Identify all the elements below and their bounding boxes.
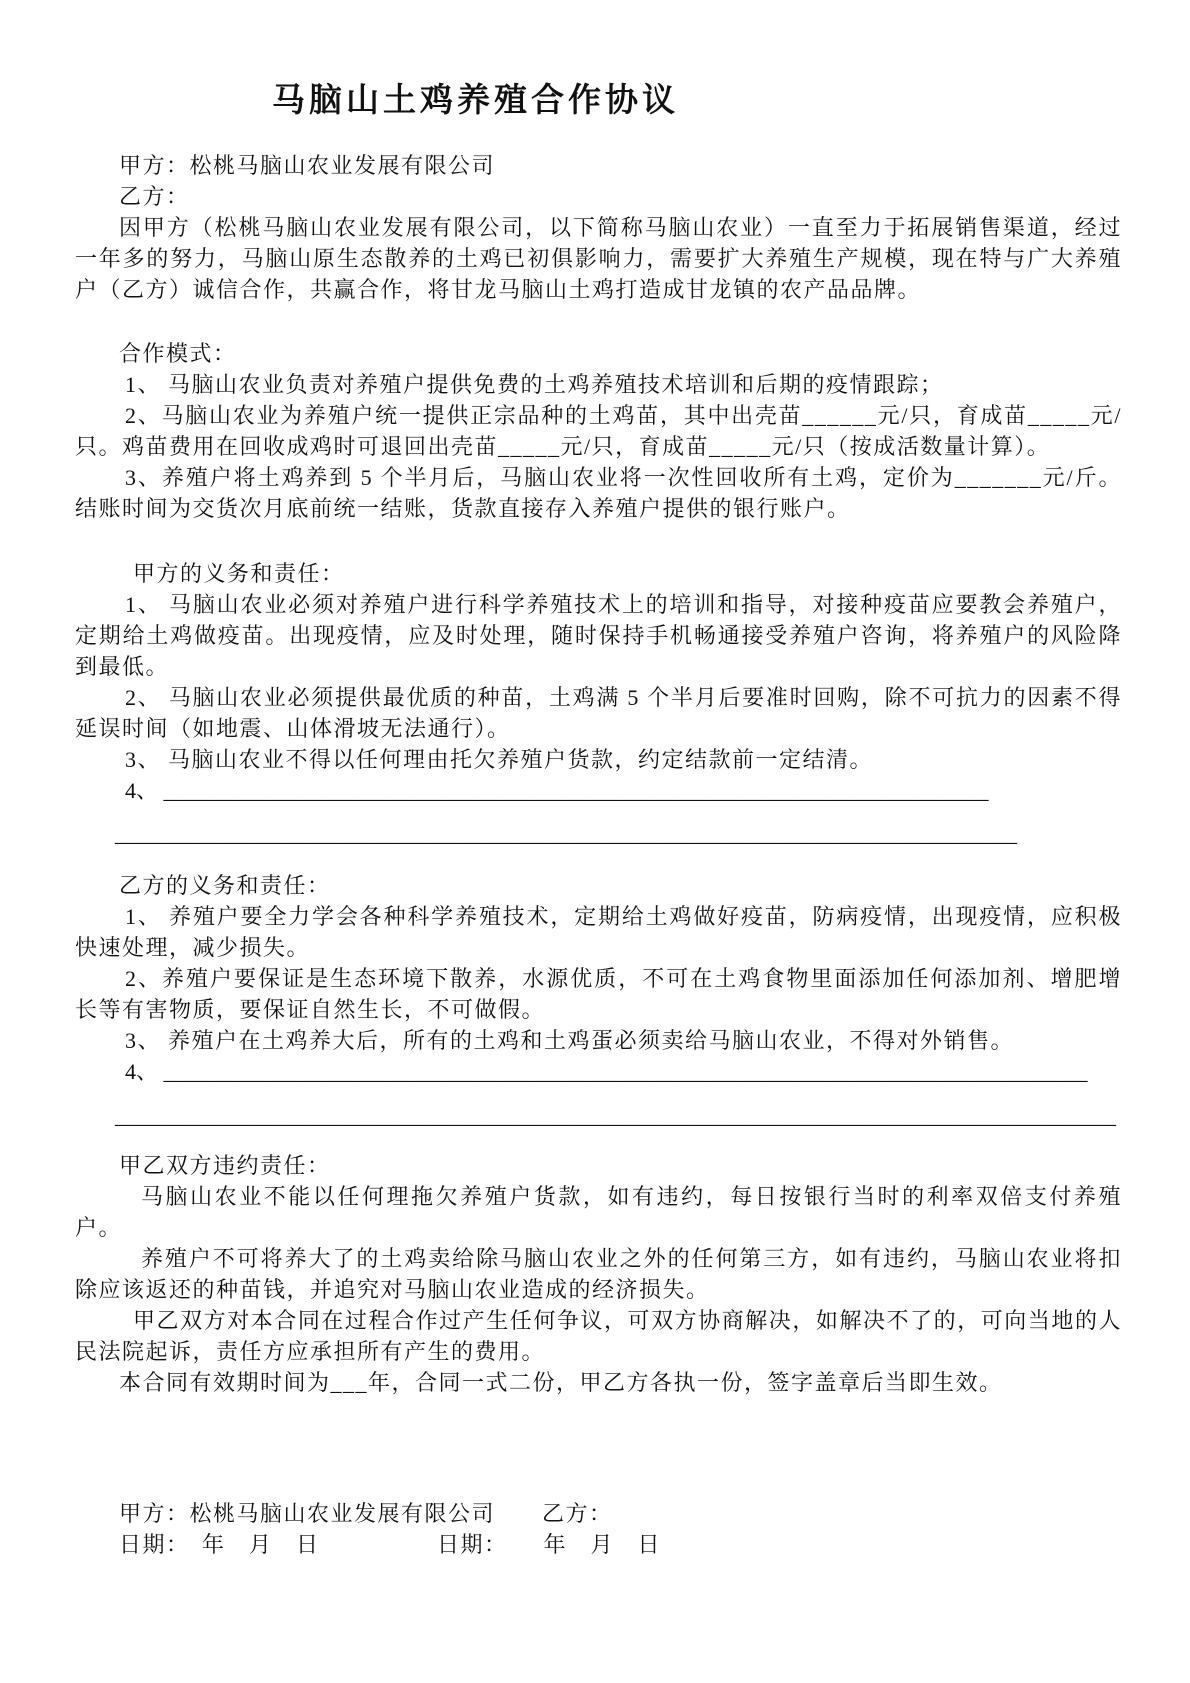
party-a-duties-item-2: 2、 马脑山农业必须提供最优质的种苗，土鸡满 5 个半月后要准时回购，除不可抗力… (75, 682, 1122, 744)
spacer (75, 849, 1122, 870)
spacer (75, 1398, 1122, 1498)
validity-term-line: 本合同有效期时间为___年，合同一式二份，甲乙方各执一份，签字盖章后当即生效。 (75, 1367, 1122, 1398)
cooperation-item-2: 2、马脑山农业为养殖户统一提供正宗品种的土鸡苗，其中出壳苗______元/只，育… (75, 400, 1122, 462)
party-a-duties-heading: 甲方的义务和责任： (75, 558, 1122, 589)
party-b-duties-extra-blank-line: ________________________________________… (75, 1100, 1122, 1131)
party-b-duties-heading: 乙方的义务和责任： (75, 870, 1122, 901)
cooperation-item-3: 3、养殖户将土鸡养到 5 个半月后，马脑山农业将一次性回收所有土鸡，定价为___… (75, 462, 1122, 524)
signature-parties-line: 甲方：松桃马脑山农业发展有限公司 乙方： (75, 1498, 1122, 1529)
spacer (75, 1131, 1122, 1150)
party-b-duties-item-1: 1、 养殖户要全力学会各种科学养殖技术，定期给土鸡做好疫苗，防病疫情，出现疫情，… (75, 901, 1122, 963)
spacer (75, 305, 1122, 338)
signature-date-line: 日期： 年 月 日 日期： 年 月 日 (75, 1529, 1122, 1560)
party-a-duties-extra-blank-line: ________________________________________… (75, 818, 1122, 849)
party-b-line: 乙方： (75, 181, 1122, 212)
party-b-duties-item-2: 2、养殖户要保证是生态环境下散养，水源优质，不可在土鸡食物里面添加任何添加剂、增… (75, 963, 1122, 1025)
party-a-duties-item-3: 3、 马脑山农业不得以任何理由托欠养殖户货款，约定结款前一定结清。 (75, 744, 1122, 775)
party-a-duties-item-4-blank: 4、 _____________________________________… (75, 775, 1122, 806)
breach-paragraph-3: 甲乙双方对本合同在过程合作过产生任何争议，可双方协商解决，如解决不了的，可向当地… (75, 1305, 1122, 1367)
cooperation-item-1: 1、 马脑山农业负责对养殖户提供免费的土鸡养殖技术培训和后期的疫情跟踪； (75, 369, 1122, 400)
contract-document-page: 马脑山土鸡养殖合作协议 甲方：松桃马脑山农业发展有限公司 乙方： 因甲方（松桃马… (0, 0, 1190, 1683)
party-a-line: 甲方：松桃马脑山农业发展有限公司 (75, 150, 1122, 181)
cooperation-heading: 合作模式： (75, 338, 1122, 369)
doc-title: 马脑山土鸡养殖合作协议 (272, 80, 1122, 122)
preamble-paragraph: 因甲方（松桃马脑山农业发展有限公司，以下简称马脑山农业）一直至力于拓展销售渠道，… (75, 212, 1122, 305)
breach-paragraph-1: 马脑山农业不能以任何理拖欠养殖户货款，如有违约，每日按银行当时的利率双倍支付养殖… (75, 1181, 1122, 1243)
breach-heading: 甲乙双方违约责任： (75, 1150, 1122, 1181)
party-b-duties-item-4-blank: 4、 _____________________________________… (75, 1056, 1122, 1087)
party-b-duties-item-3: 3、 养殖户在土鸡养大后，所有的土鸡和土鸡蛋必须卖给马脑山农业，不得对外销售。 (75, 1025, 1122, 1056)
spacer (75, 524, 1122, 558)
party-a-duties-item-1: 1、 马脑山农业必须对养殖户进行科学养殖技术上的培训和指导，对接种疫苗应要教会养… (75, 589, 1122, 682)
breach-paragraph-2: 养殖户不可将养大了的土鸡卖给除马脑山农业之外的任何第三方，如有违约，马脑山农业将… (75, 1243, 1122, 1305)
